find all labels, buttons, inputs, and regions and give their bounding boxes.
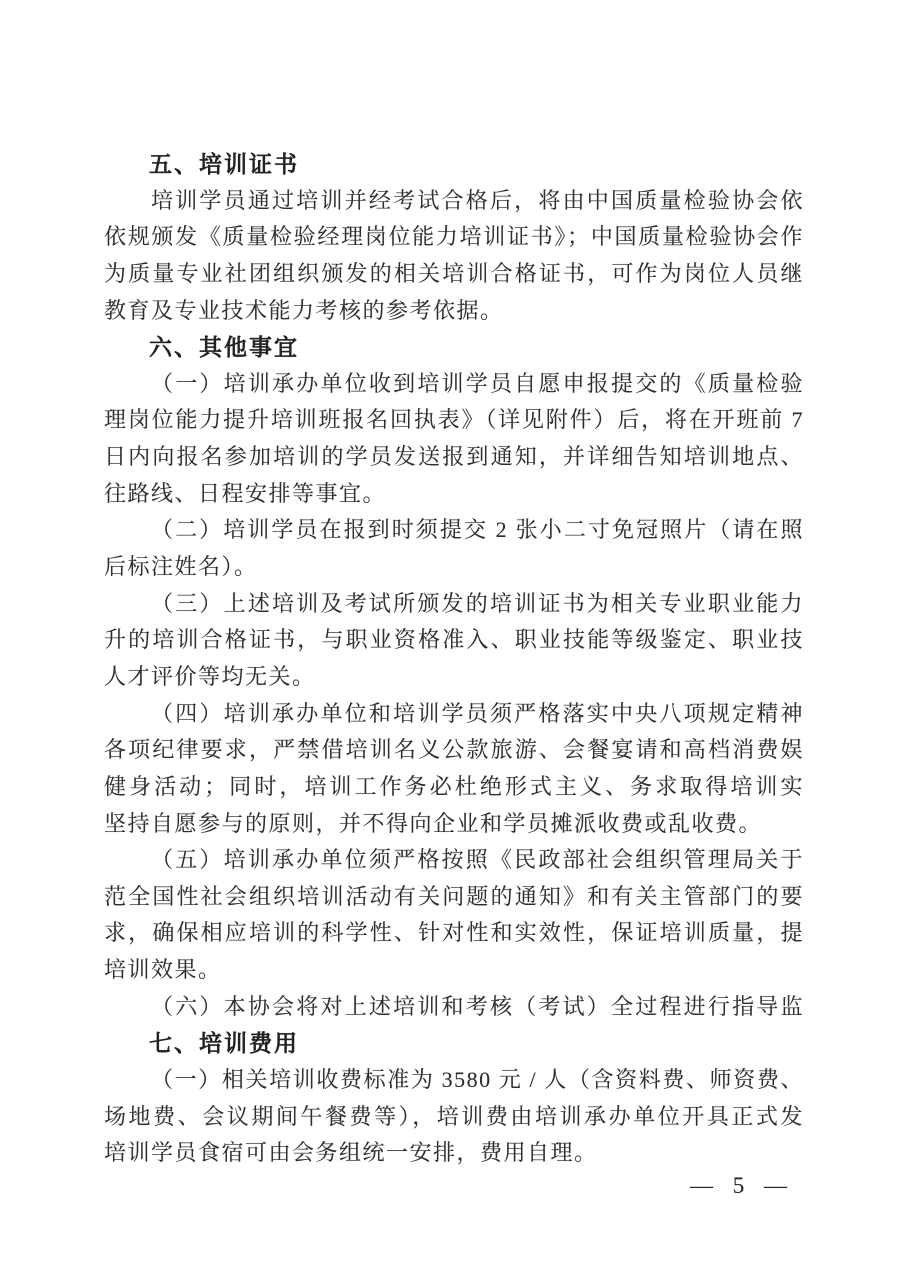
doc-line: 各项纪律要求，严禁借培训名义公款旅游、会餐宴请和高档消费娱乐 (104, 732, 804, 769)
doc-line: 培训效果。 (104, 952, 804, 989)
doc-line: （四）培训承办单位和培训学员须严格落实中央八项规定精神和 (104, 696, 804, 733)
doc-line: （一）培训承办单位收到培训学员自愿申报提交的《质量检验经 (104, 366, 804, 403)
doc-line: 升的培训合格证书，与职业资格准入、职业技能等级鉴定、职业技能 (104, 622, 804, 659)
section-5-heading: 五、培训证书 (104, 146, 804, 183)
doc-line: （五）培训承办单位须严格按照《民政部社会组织管理局关于规 (104, 842, 804, 879)
doc-line: 坚持自愿参与的原则，并不得向企业和学员摊派收费或乱收费。 (104, 806, 804, 843)
section-7-heading: 七、培训费用 (104, 1025, 804, 1062)
doc-line: （一）相关培训收费标准为 3580 元 / 人（含资料费、师资费、 (104, 1062, 804, 1099)
doc-line: 日内向报名参加培训的学员发送报到通知，并详细告知培训地点、前 (104, 439, 804, 476)
doc-line: 范全国性社会组织培训活动有关问题的通知》和有关主管部门的要 (104, 879, 804, 916)
document-body: 五、培训证书 培训学员通过培训并经考试合格后，将由中国质量检验协会依法 依规颁发… (104, 146, 804, 1172)
doc-line: 依规颁发《质量检验经理岗位能力培训证书》；中国质量检验协会作 (104, 219, 804, 256)
section-6-heading: 六、其他事宜 (104, 329, 804, 366)
doc-line: （二）培训学员在报到时须提交 2 张小二寸免冠照片（请在照片 (104, 512, 804, 549)
document-page: 五、培训证书 培训学员通过培训并经考试合格后，将由中国质量检验协会依法 依规颁发… (0, 0, 900, 1273)
doc-line: 培训学员食宿可由会务组统一安排，费用自理。 (104, 1135, 804, 1172)
doc-line: 健身活动；同时，培训工作务必杜绝形式主义、务求取得培训实效， (104, 769, 804, 806)
doc-line: 往路线、日程安排等事宜。 (104, 476, 804, 513)
doc-line: 理岗位能力提升培训班报名回执表》（详见附件）后，将在开班前 7 (104, 402, 804, 439)
doc-line: 人才评价等均无关。 (104, 659, 804, 696)
doc-line: 教育及专业技术能力考核的参考依据。 (104, 293, 804, 330)
doc-line: 求，确保相应培训的科学性、针对性和实效性，保证培训质量，提升 (104, 915, 804, 952)
doc-line: （六）本协会将对上述培训和考核（考试）全过程进行指导监督。 (104, 989, 804, 1026)
doc-line: （三）上述培训及考试所颁发的培训证书为相关专业职业能力提 (104, 586, 804, 623)
doc-line: 场地费、会议期间午餐费等），培训费由培训承办单位开具正式发票； (104, 1099, 804, 1136)
doc-line: 培训学员通过培训并经考试合格后，将由中国质量检验协会依法 (104, 183, 804, 220)
doc-line: 后标注姓名）。 (104, 549, 804, 586)
page-number: — 5 — (690, 1172, 794, 1200)
doc-line: 为质量专业社团组织颁发的相关培训合格证书，可作为岗位人员继续 (104, 256, 804, 293)
